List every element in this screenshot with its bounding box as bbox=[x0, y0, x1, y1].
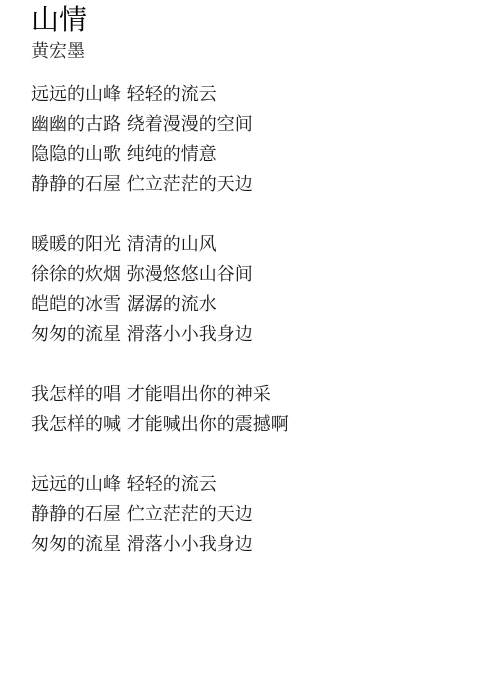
lyric-line: 徐徐的炊烟 弥漫悠悠山谷间 bbox=[31, 260, 500, 290]
lyric-line: 皑皑的冰雪 潺潺的流水 bbox=[31, 290, 500, 320]
lyric-line: 远远的山峰 轻轻的流云 bbox=[31, 80, 500, 110]
lyric-line: 匆匆的流星 滑落小小我身边 bbox=[31, 530, 500, 560]
stanza-3: 我怎样的唱 才能唱出你的神采 我怎样的喊 才能喊出你的震撼啊 bbox=[31, 380, 500, 440]
lyric-line: 暖暖的阳光 清清的山风 bbox=[31, 230, 500, 260]
lyric-line: 静静的石屋 伫立茫茫的天边 bbox=[31, 500, 500, 530]
song-title: 山情 bbox=[31, 0, 500, 40]
lyric-line: 远远的山峰 轻轻的流云 bbox=[31, 470, 500, 500]
song-artist: 黄宏墨 bbox=[31, 40, 500, 64]
stanza-2: 暖暖的阳光 清清的山风 徐徐的炊烟 弥漫悠悠山谷间 皑皑的冰雪 潺潺的流水 匆匆… bbox=[31, 230, 500, 350]
lyric-line: 我怎样的喊 才能喊出你的震撼啊 bbox=[31, 410, 500, 440]
stanza-4: 远远的山峰 轻轻的流云 静静的石屋 伫立茫茫的天边 匆匆的流星 滑落小小我身边 bbox=[31, 470, 500, 560]
lyrics-page: 山情 黄宏墨 远远的山峰 轻轻的流云 幽幽的古路 绕着漫漫的空间 隐隐的山歌 纯… bbox=[31, 0, 500, 590]
lyric-line: 匆匆的流星 滑落小小我身边 bbox=[31, 320, 500, 350]
lyric-line: 幽幽的古路 绕着漫漫的空间 bbox=[31, 110, 500, 140]
lyric-line: 静静的石屋 伫立茫茫的天边 bbox=[31, 170, 500, 200]
lyrics-body: 远远的山峰 轻轻的流云 幽幽的古路 绕着漫漫的空间 隐隐的山歌 纯纯的情意 静静… bbox=[31, 80, 500, 560]
lyric-line: 隐隐的山歌 纯纯的情意 bbox=[31, 140, 500, 170]
lyric-line: 我怎样的唱 才能唱出你的神采 bbox=[31, 380, 500, 410]
stanza-1: 远远的山峰 轻轻的流云 幽幽的古路 绕着漫漫的空间 隐隐的山歌 纯纯的情意 静静… bbox=[31, 80, 500, 200]
